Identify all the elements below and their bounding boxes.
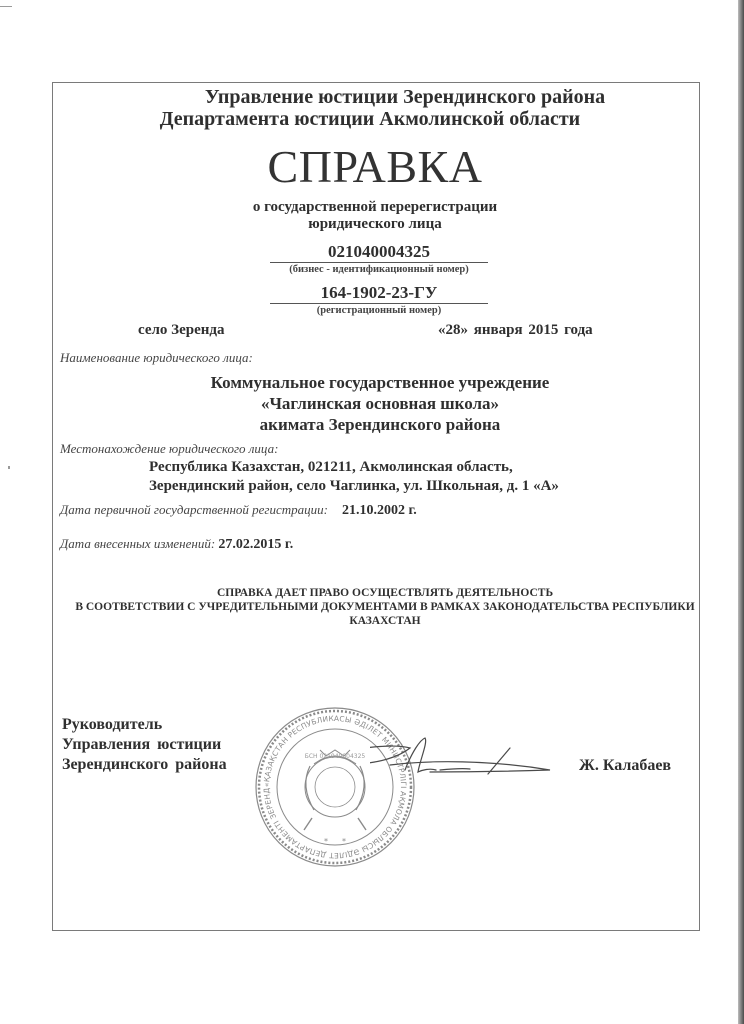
bin-value: 021040004325: [270, 242, 488, 262]
notice-line: КАЗАХСТАН: [70, 614, 700, 628]
bin-caption: (бизнес - идентификационный номер): [270, 263, 488, 277]
issuer-line-1: Управление юстиции Зерендинского района: [150, 86, 660, 109]
changes-date-label: Дата внесенных изменений:: [60, 536, 215, 551]
svg-text:БСН 021040004325: БСН 021040004325: [305, 753, 366, 760]
scan-speck: [0, 6, 12, 7]
scan-edge-shadow: [738, 0, 744, 1024]
bin-field: 021040004325 (бизнес - идентификационный…: [270, 242, 488, 277]
registration-number-value: 164-1902-23-ГУ: [270, 283, 488, 303]
changes-date: Дата внесенных изменений: 27.02.2015 г.: [60, 536, 293, 553]
registration-number-caption: (регистрационный номер): [270, 304, 488, 318]
scan-speck: [8, 466, 10, 469]
registration-number-field: 164-1902-23-ГУ (регистрационный номер): [270, 283, 488, 318]
handwritten-signature-icon: [370, 730, 560, 790]
primary-registration: Дата первичной государственной регистрац…: [60, 502, 417, 519]
notice-line: В СООТВЕТСТВИИ С УЧРЕДИТЕЛЬНЫМИ ДОКУМЕНТ…: [70, 600, 700, 614]
issue-place: село Зеренда: [138, 322, 224, 339]
signer-name: Ж. Калабаев: [579, 757, 671, 775]
entity-name-line: «Чаглинская основная школа»: [160, 393, 600, 414]
entity-name-line: акимата Зерендинского района: [160, 414, 600, 435]
signer-title-line: Руководитель: [62, 715, 227, 735]
signer-title: Руководитель Управления юстиции Зерендин…: [62, 715, 227, 775]
location-label: Местонахождение юридического лица:: [60, 441, 278, 457]
document-subtitle-line-1: о государственной перерегистрации: [230, 199, 520, 216]
primary-registration-date: 21.10.2002 г.: [342, 503, 417, 518]
document-subtitle-line-2: юридического лица: [230, 216, 520, 233]
location-address: Республика Казахстан, 021211, Акмолинска…: [149, 458, 559, 496]
primary-registration-label: Дата первичной государственной регистрац…: [60, 502, 328, 517]
address-line: Республика Казахстан, 021211, Акмолинска…: [149, 458, 559, 477]
svg-text:*: *: [342, 837, 346, 846]
signer-title-line: Зерендинского района: [62, 755, 227, 775]
issuer-line-2: Департамента юстиции Акмолинской области: [120, 108, 620, 131]
signer-title-line: Управления юстиции: [62, 735, 227, 755]
document-title: СПРАВКА: [250, 140, 500, 193]
entity-name-label: Наименование юридического лица:: [60, 350, 253, 366]
address-line: Зерендинский район, село Чаглинка, ул. Ш…: [149, 477, 559, 496]
rights-notice: СПРАВКА ДАЕТ ПРАВО ОСУЩЕСТВЛЯТЬ ДЕЯТЕЛЬН…: [70, 586, 700, 628]
changes-date-value: 27.02.2015 г.: [218, 537, 293, 552]
svg-text:*: *: [324, 837, 328, 846]
entity-name: Коммунальное государственное учреждение …: [160, 372, 600, 435]
notice-line: СПРАВКА ДАЕТ ПРАВО ОСУЩЕСТВЛЯТЬ ДЕЯТЕЛЬН…: [70, 586, 700, 600]
entity-name-line: Коммунальное государственное учреждение: [160, 372, 600, 393]
issue-date: «28» января 2015 года: [438, 322, 593, 339]
